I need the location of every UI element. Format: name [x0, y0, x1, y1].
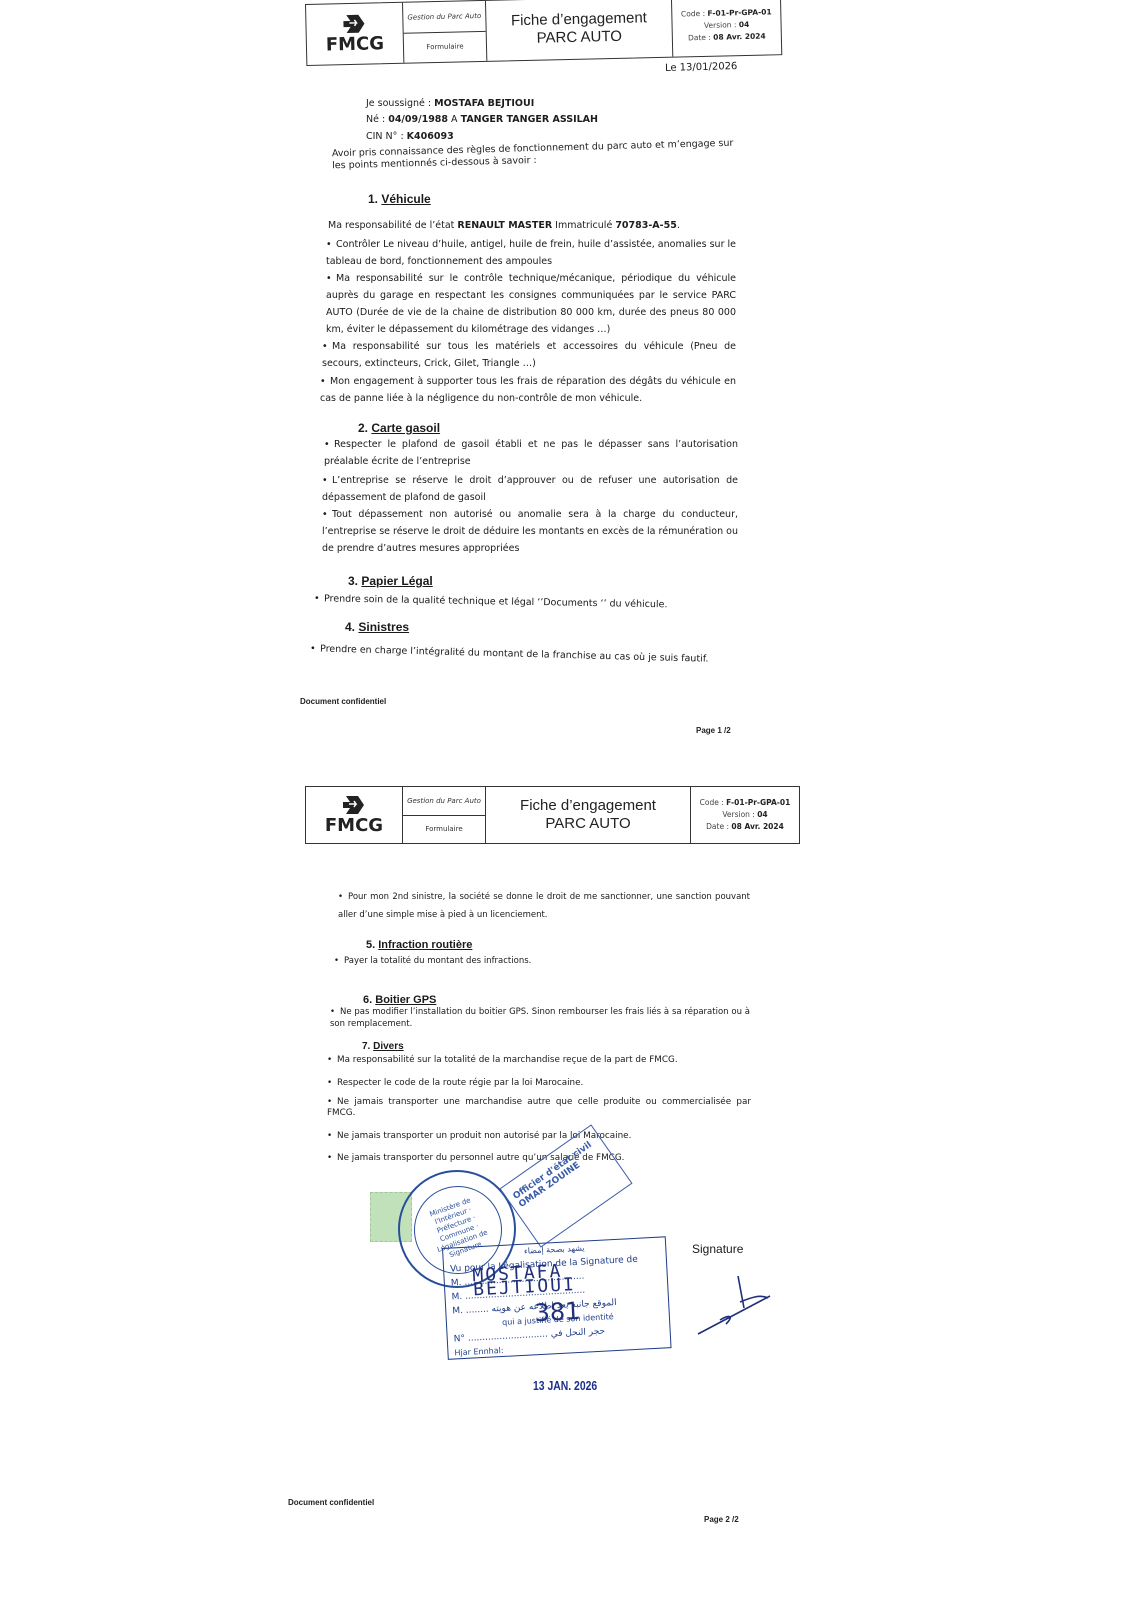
birth-place: TANGER TANGER ASSILAH	[461, 114, 598, 125]
department-label: Gestion du Parc Auto	[403, 787, 485, 816]
list-item: •Ne pas modifier l’installation du boiti…	[330, 1006, 750, 1030]
doc-version: 04	[739, 20, 750, 29]
doc-date: 08 Avr. 2024	[731, 822, 783, 831]
fmcg-arrow-icon	[340, 794, 368, 816]
vehicle-responsibility: Ma responsabilité de l’état RENAULT MAST…	[328, 218, 680, 234]
section-title: 5. Infraction routière	[366, 939, 472, 951]
vehicle-model: RENAULT MASTER	[457, 220, 552, 231]
list-item: •Prendre en charge l’intégralité du mont…	[310, 640, 750, 669]
section-title: 1. Véhicule	[368, 192, 431, 206]
document-header: FMCG Gestion du Parc Auto Formulaire Fic…	[305, 0, 782, 66]
doc-type-label: Formulaire	[404, 31, 487, 62]
department-label: Gestion du Parc Auto	[403, 1, 486, 33]
company-logo: FMCG	[306, 3, 404, 65]
cin-number: K406093	[407, 131, 454, 142]
list-item: •Ma responsabilité sur le contrôle techn…	[326, 270, 736, 338]
document-meta: Code : F-01-Pr-GPA-01 Version : 04 Date …	[672, 0, 781, 57]
handwritten-number: 381	[534, 1304, 580, 1320]
list-item: •Payer la totalité du montant des infrac…	[334, 953, 754, 970]
cin-line: CIN N° : K406093	[366, 129, 454, 145]
document-title: Fiche d’engagement PARC AUTO	[486, 0, 673, 61]
birth-line: Né : 04/09/1988 A TANGER TANGER ASSILAH	[366, 112, 598, 128]
footer-confidential: Document confidentiel	[300, 697, 386, 706]
signatory-line: Je soussigné : MOSTAFA BEJTIOUI	[366, 96, 534, 112]
list-item: •Ne jamais transporter un produit non au…	[327, 1128, 751, 1145]
doc-version: 04	[757, 810, 767, 819]
list-item: •Ma responsabilité sur la totalité de la…	[327, 1052, 751, 1069]
doc-code: F-01-Pr-GPA-01	[726, 798, 790, 807]
list-item: •Ma responsabilité sur tous les matériel…	[322, 338, 736, 372]
list-item: •L’entreprise se réserve le droit d’appr…	[322, 472, 738, 506]
section-title: 6. Boitier GPS	[363, 994, 436, 1006]
section-title: 2. Carte gasoil	[358, 421, 440, 435]
document-meta: Code : F-01-Pr-GPA-01 Version : 04 Date …	[691, 787, 799, 843]
page-number: Page 2 /2	[704, 1515, 739, 1524]
footer-confidential: Document confidentiel	[288, 1498, 374, 1507]
signature-label: Signature	[692, 1242, 743, 1256]
doc-date: 08 Avr. 2024	[713, 32, 766, 42]
list-item: •Contrôler Le niveau d’huile, antigel, h…	[326, 236, 736, 270]
company-logo: FMCG	[306, 787, 403, 843]
section-title: 7. Divers	[362, 1041, 404, 1052]
letter-date: Le 13/01/2026	[665, 61, 738, 74]
signature-mark	[690, 1268, 780, 1338]
document-header: FMCG Gestion du Parc Auto Formulaire Fic…	[305, 786, 800, 844]
birth-date: 04/09/1988	[388, 114, 448, 125]
section-title: 3. Papier Légal	[348, 574, 433, 588]
list-item: •Respecter le code de la route régie par…	[327, 1075, 751, 1092]
page-2: FMCG Gestion du Parc Auto Formulaire Fic…	[0, 770, 1131, 1599]
section-title: 4. Sinistres	[345, 620, 409, 634]
legalization-box: يشهد بصحة إمضاء Vu pour la Légalisation …	[442, 1236, 672, 1360]
list-item: •Ne jamais transporter une marchandise a…	[327, 1097, 751, 1119]
list-item: •Tout dépassement non autorisé ou anomal…	[322, 506, 738, 557]
date-stamp: 13 JAN. 2026	[533, 1378, 597, 1393]
list-item: •Mon engagement à supporter tous les fra…	[320, 373, 736, 407]
list-item: •Prendre soin de la qualité technique et…	[314, 590, 754, 615]
page-number: Page 1 /2	[696, 726, 731, 735]
doc-code: F-01-Pr-GPA-01	[707, 7, 771, 17]
fmcg-arrow-icon	[340, 13, 368, 36]
list-item: •Pour mon 2nd sinistre, la société se do…	[338, 888, 750, 924]
vehicle-plate: 70783-A-55	[615, 220, 677, 231]
doc-type-label: Formulaire	[403, 816, 485, 844]
page-1: FMCG Gestion du Parc Auto Formulaire Fic…	[0, 0, 1131, 770]
signatory-name: MOSTAFA BEJTIOUI	[434, 98, 534, 109]
document-title: Fiche d’engagement PARC AUTO	[486, 787, 691, 843]
list-item: •Respecter le plafond de gasoil établi e…	[324, 436, 738, 470]
